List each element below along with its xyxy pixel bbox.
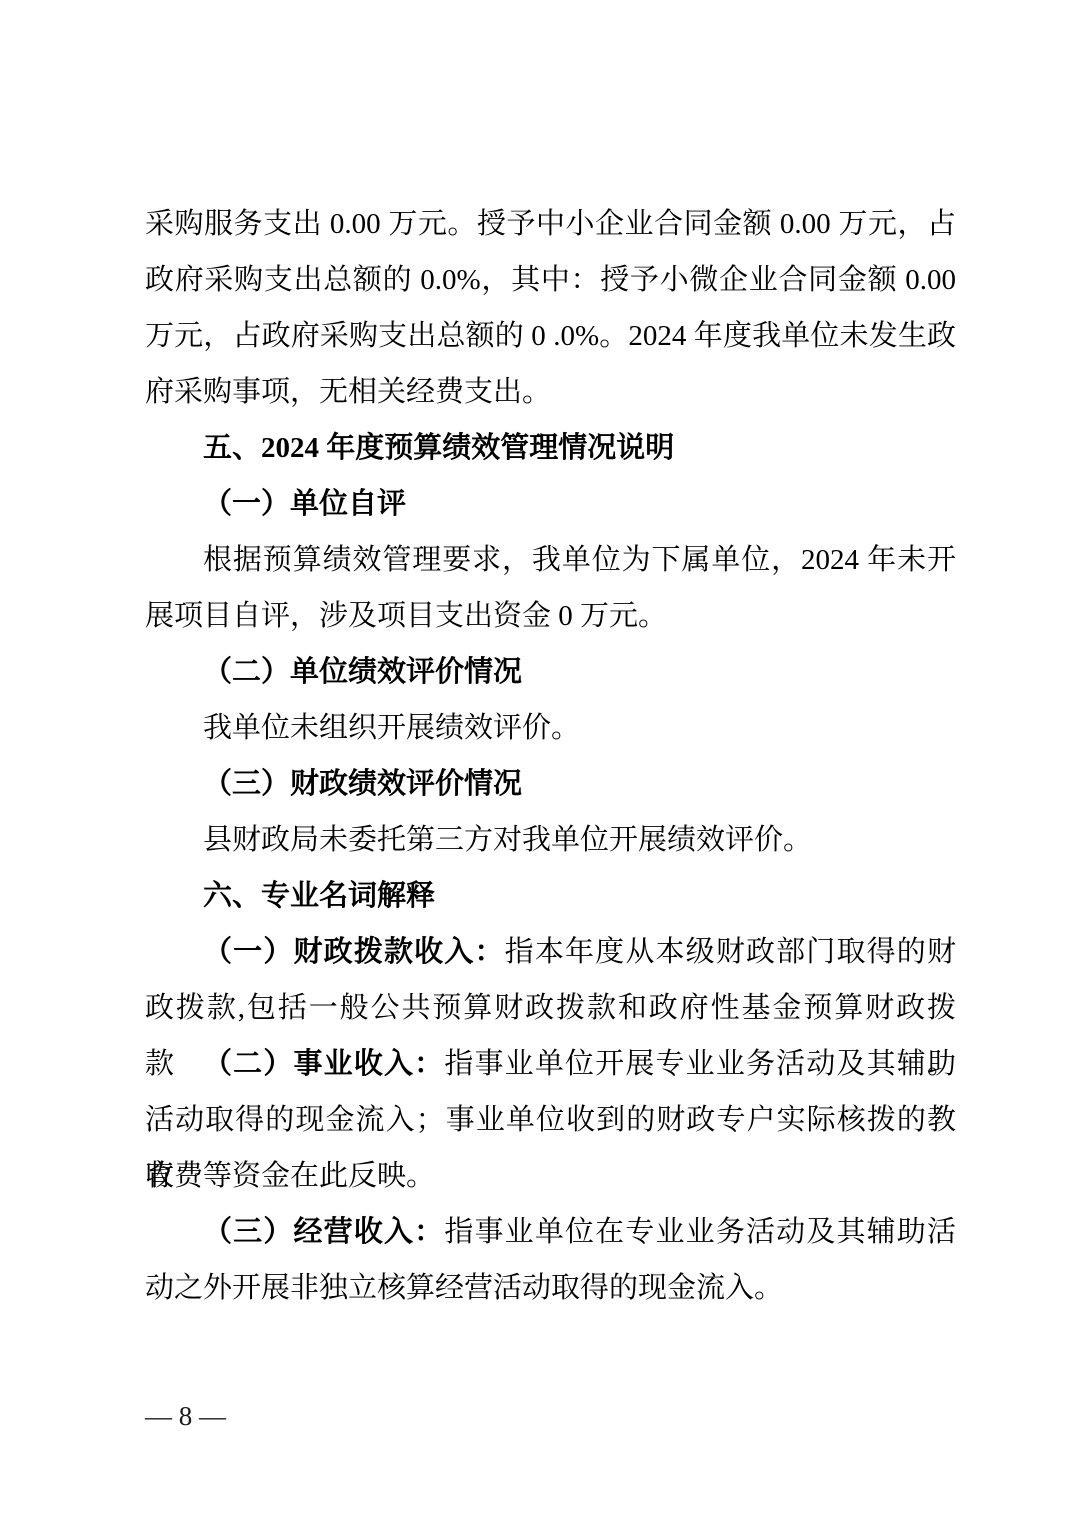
bold-text-segment: （一）财政拨款收入：: [203, 936, 505, 968]
bold-text-segment: （一）单位自评: [203, 488, 406, 520]
text-segment: 根据预算绩效管理要求，我单位为下属单位，2024 年未开: [203, 544, 956, 576]
paragraph: 采购服务支出 0.00 万元。授予中小企业合同金额 0.00 万元，占政府采购支…: [145, 196, 956, 420]
bold-text-segment: 六、专业名词解释: [203, 880, 435, 912]
bold-text-segment: （二）事业收入：: [203, 1048, 444, 1080]
paragraph: （三）经营收入：指事业单位在专业业务活动及其辅助活动之外开展非独立核算经营活动取…: [145, 1204, 956, 1316]
text-line: 收费等资金在此反映。: [145, 1148, 956, 1204]
text-line: 采购服务支出 0.00 万元。授予中小企业合同金额 0.00 万元，占: [145, 196, 956, 252]
text-line: 活动取得的现金流入；事业单位收到的财政专户实际核拨的教育: [145, 1092, 956, 1148]
page-number: — 8 —: [145, 1401, 226, 1431]
text-line: 六、专业名词解释: [145, 868, 956, 924]
text-line: （二）单位绩效评价情况: [145, 644, 956, 700]
text-line: （二）事业收入：指事业单位开展专业业务活动及其辅助: [145, 1036, 956, 1092]
text-line: （三）经营收入：指事业单位在专业业务活动及其辅助活: [145, 1204, 956, 1260]
text-segment: 展项目自评，涉及项目支出资金 0 万元。: [145, 600, 667, 632]
heading: 六、专业名词解释: [145, 868, 956, 924]
page-footer: — 8 —: [145, 1398, 226, 1434]
subheading: （三）财政绩效评价情况: [145, 756, 956, 812]
text-line: 政拨款,包括一般公共预算财政拨款和政府性基金预算财政拨款。: [145, 980, 956, 1036]
text-line: （三）财政绩效评价情况: [145, 756, 956, 812]
text-segment: 指事业单位开展专业业务活动及其辅助: [444, 1048, 956, 1080]
document-page: 采购服务支出 0.00 万元。授予中小企业合同金额 0.00 万元，占政府采购支…: [0, 0, 1075, 1520]
text-line: （一）单位自评: [145, 476, 956, 532]
text-line: 府采购事项，无相关经费支出。: [145, 364, 956, 420]
text-segment: 指本年度从本级财政部门取得的财: [505, 936, 956, 968]
paragraph: 我单位未组织开展绩效评价。: [145, 700, 956, 756]
text-segment: 采购服务支出 0.00 万元。授予中小企业合同金额 0.00 万元，占: [145, 208, 956, 240]
bold-text-segment: 五、2024 年度预算绩效管理情况说明: [203, 432, 674, 464]
paragraph: 县财政局未委托第三方对我单位开展绩效评价。: [145, 812, 956, 868]
bold-text-segment: （三）财政绩效评价情况: [203, 768, 522, 800]
document-content: 采购服务支出 0.00 万元。授予中小企业合同金额 0.00 万元，占政府采购支…: [145, 196, 956, 1316]
text-line: 万元，占政府采购支出总额的 0 .0%。2024 年度我单位未发生政: [145, 308, 956, 364]
text-line: 动之外开展非独立核算经营活动取得的现金流入。: [145, 1260, 956, 1316]
bold-text-segment: （三）经营收入：: [203, 1216, 444, 1248]
text-line: 我单位未组织开展绩效评价。: [145, 700, 956, 756]
paragraph: （一）财政拨款收入：指本年度从本级财政部门取得的财政拨款,包括一般公共预算财政拨…: [145, 924, 956, 1036]
text-segment: 指事业单位在专业业务活动及其辅助活: [444, 1216, 956, 1248]
text-line: 县财政局未委托第三方对我单位开展绩效评价。: [145, 812, 956, 868]
text-segment: 动之外开展非独立核算经营活动取得的现金流入。: [145, 1272, 783, 1304]
heading: 五、2024 年度预算绩效管理情况说明: [145, 420, 956, 476]
text-segment: 府采购事项，无相关经费支出。: [145, 376, 551, 408]
paragraph: （二）事业收入：指事业单位开展专业业务活动及其辅助活动取得的现金流入；事业单位收…: [145, 1036, 956, 1204]
text-line: 展项目自评，涉及项目支出资金 0 万元。: [145, 588, 956, 644]
text-segment: 县财政局未委托第三方对我单位开展绩效评价。: [203, 824, 812, 856]
bold-text-segment: （二）单位绩效评价情况: [203, 656, 522, 688]
text-segment: 政府采购支出总额的 0.0%，其中：授予小微企业合同金额 0.00: [145, 264, 956, 296]
text-segment: 收费等资金在此反映。: [145, 1160, 435, 1192]
text-segment: 万元，占政府采购支出总额的 0 .0%。2024 年度我单位未发生政: [145, 320, 956, 352]
text-line: （一）财政拨款收入：指本年度从本级财政部门取得的财: [145, 924, 956, 980]
text-line: 政府采购支出总额的 0.0%，其中：授予小微企业合同金额 0.00: [145, 252, 956, 308]
text-line: 五、2024 年度预算绩效管理情况说明: [145, 420, 956, 476]
paragraph: 根据预算绩效管理要求，我单位为下属单位，2024 年未开展项目自评，涉及项目支出…: [145, 532, 956, 644]
text-segment: 我单位未组织开展绩效评价。: [203, 712, 580, 744]
text-line: 根据预算绩效管理要求，我单位为下属单位，2024 年未开: [145, 532, 956, 588]
subheading: （一）单位自评: [145, 476, 956, 532]
subheading: （二）单位绩效评价情况: [145, 644, 956, 700]
